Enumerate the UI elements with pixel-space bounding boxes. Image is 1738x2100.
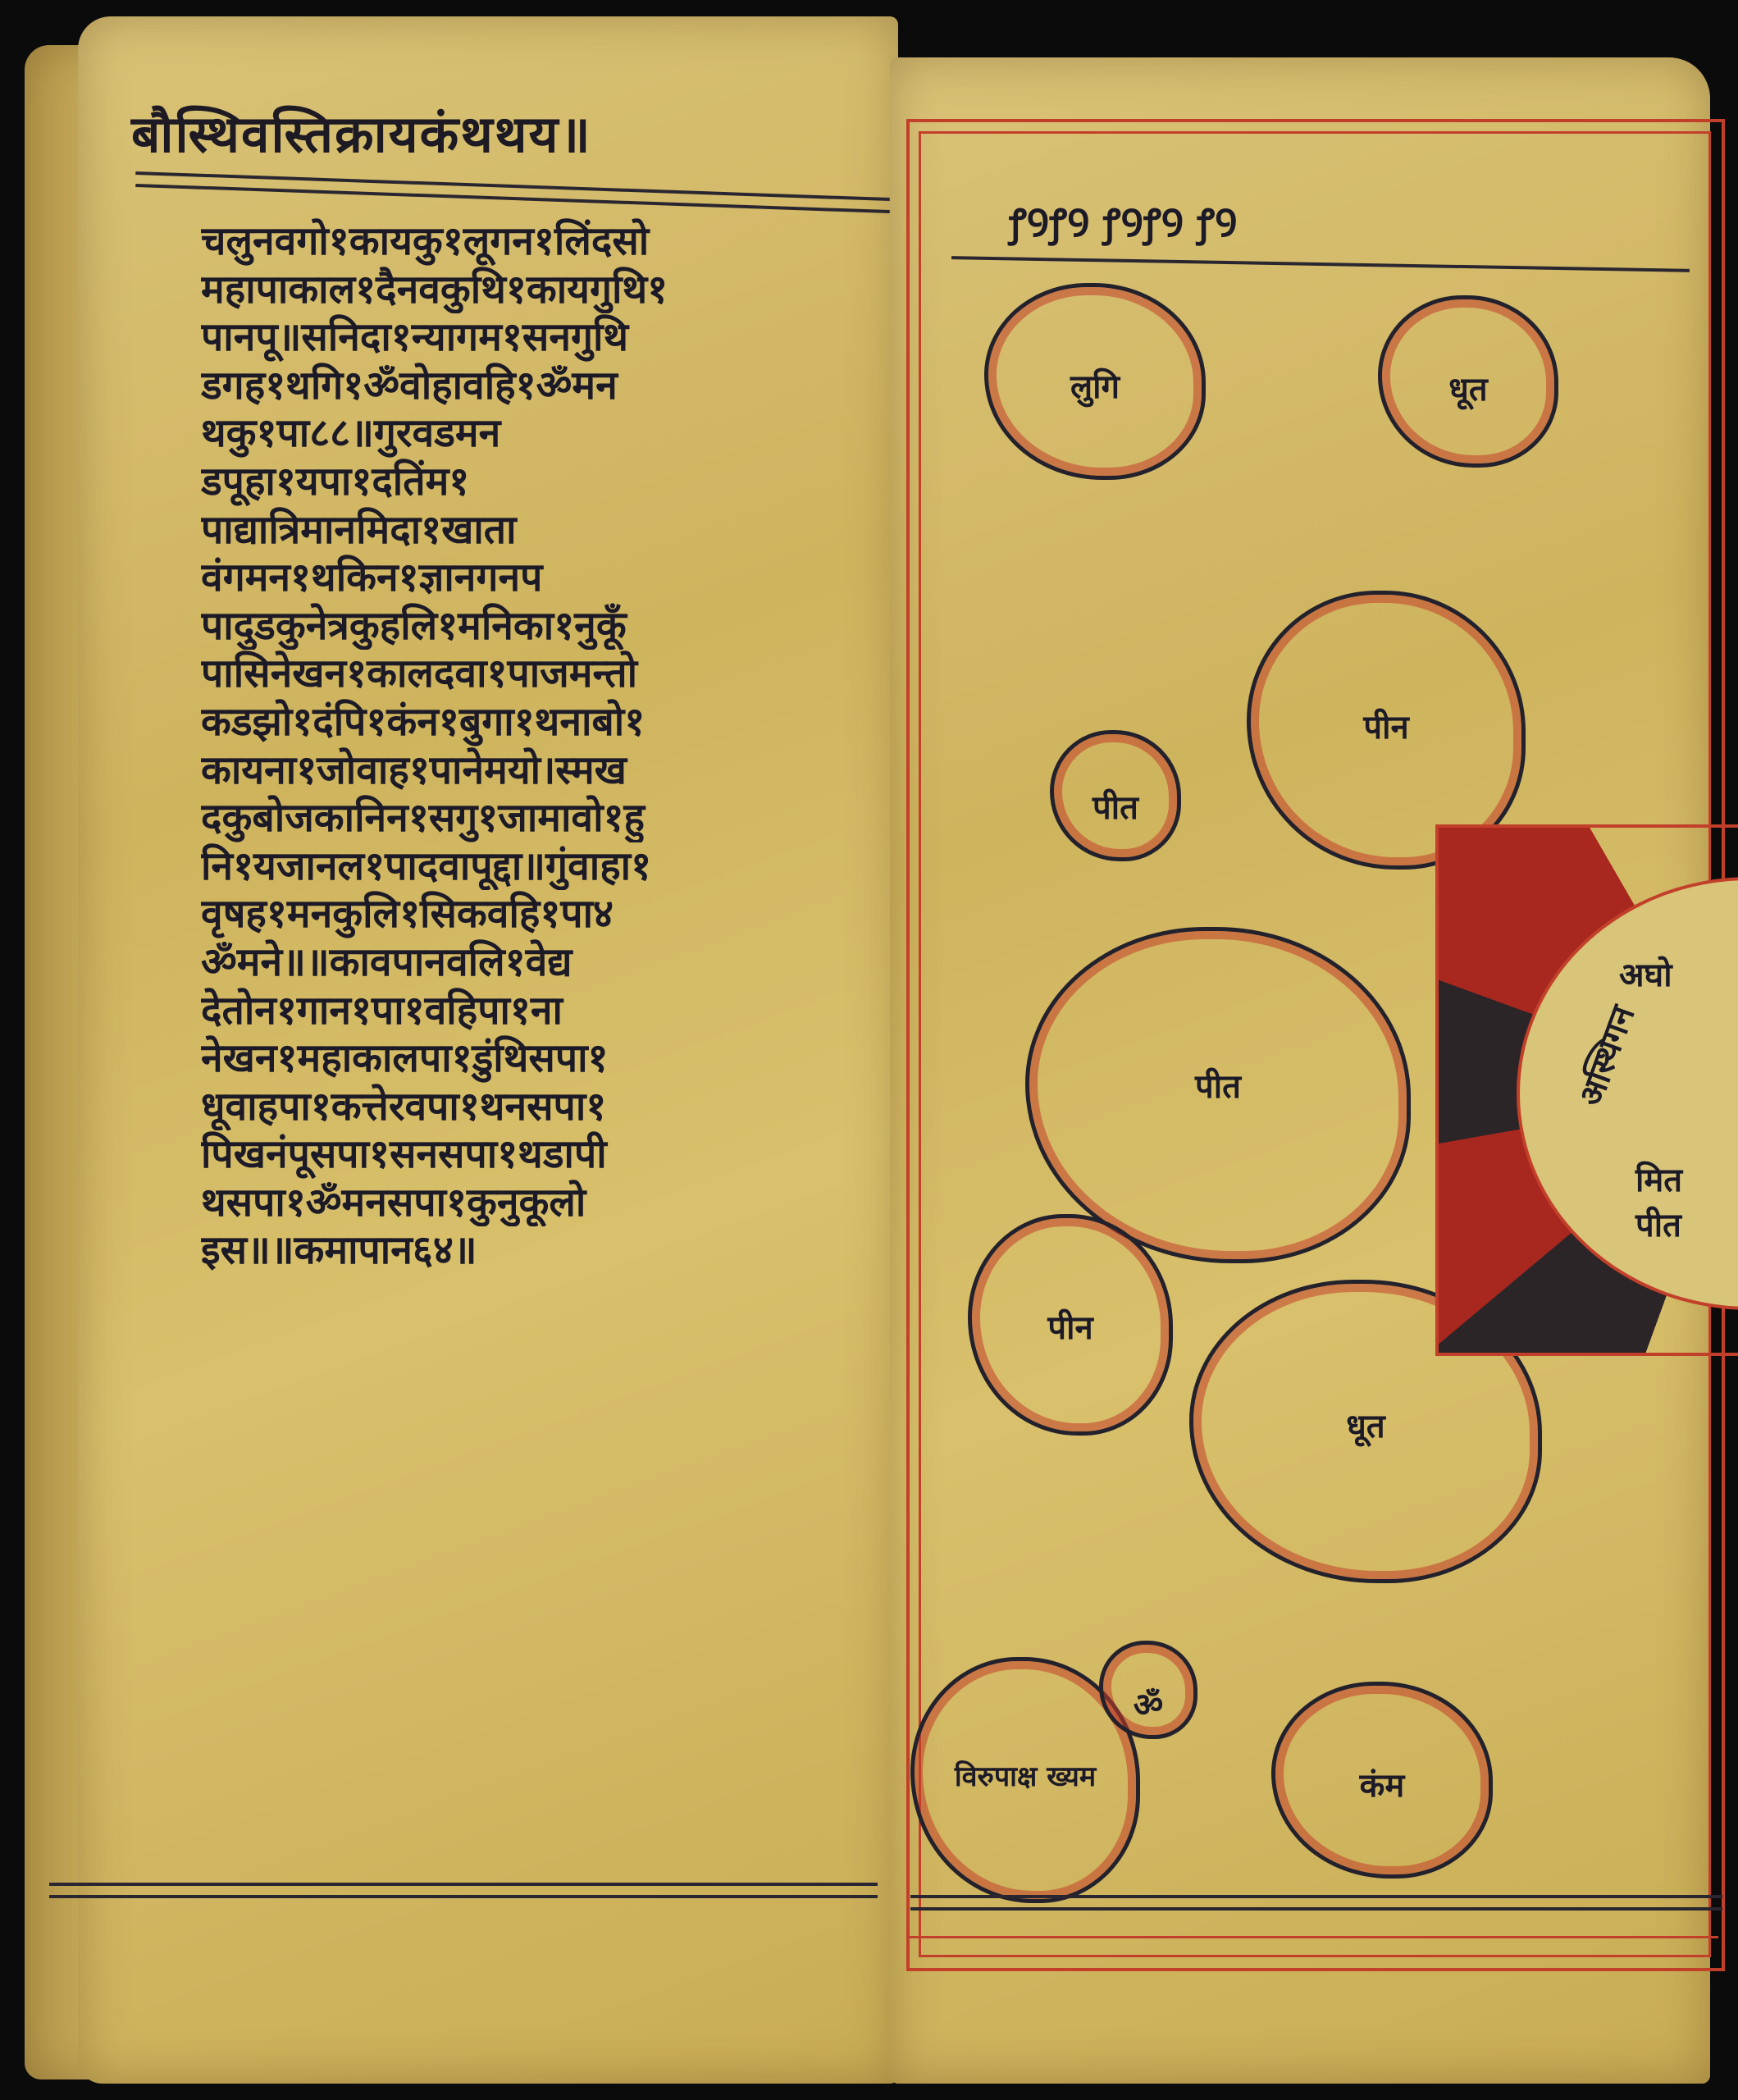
text-line: वृषह१मनकुलि१सिकवहि१पा४ — [201, 890, 882, 938]
text-line: ॐमने॥॥कावपानवलि१वेद्य — [201, 938, 882, 987]
text-line: वंगमन१थकिन१ज्ञानगनप — [201, 554, 882, 602]
text-line: चलुनवगो१कायकु१लूगन१लिंदसो — [201, 217, 882, 266]
text-line: थकु१पा८८॥गुरवडमन — [201, 409, 882, 458]
left-page-text: चलुनवगो१कायकु१लूगन१लिंदसो महापाकाल१दैनवक… — [201, 217, 882, 1275]
text-line: डपूहा१यपा१दतिंम१ — [201, 458, 882, 506]
left-bottom-rule-2 — [49, 1895, 878, 1898]
text-line: कडझो१दंपि१कंन१बुगा१थनाबो१ — [201, 698, 882, 746]
bottom-center-knot: ॐ — [1099, 1641, 1197, 1739]
text-line: कायना१जोवाह१पानेमयो।स्मख — [201, 746, 882, 795]
right-bottom-rule-2 — [910, 1907, 1722, 1911]
red-bottom-line — [906, 1936, 1718, 1938]
text-line: डगह१थगि१ॐवोहावहि१ॐमन — [201, 362, 882, 410]
text-line: थसपा१ॐमनसपा१कुनुकूलो — [201, 1179, 882, 1227]
text-line: महापाकाल१दैनवकुथि१कायगुथि१ — [201, 266, 882, 314]
text-line: पासिनेखन१कालदवा१पाजमन्तो — [201, 650, 882, 698]
mandala-label: मित पीत — [1635, 1156, 1726, 1246]
mandala-diagram: अघो अस्थिगन मित पीत — [1435, 824, 1738, 1356]
text-line: इस॥॥कमापान६४॥ — [201, 1226, 882, 1275]
mandala-label: अघो — [1619, 951, 1672, 996]
text-line: धूवाहपा१कत्तेरवपा१थनसपा१ — [201, 1083, 882, 1131]
left-bottom-rule — [49, 1883, 878, 1886]
text-line: पादुडकुनेत्रकुहलि१मनिका१नुकूँ — [201, 602, 882, 651]
right-page-header: ꝭꝮꝭꝮ ꝭꝮꝭꝮ ꝭꝮ — [1009, 197, 1238, 248]
text-line: देतोन१गान१पा१वहिपा१ना — [201, 987, 882, 1035]
text-line: नि१यजानल१पादवापूद्दा॥गुंवाहा१ — [201, 842, 882, 891]
text-line: दकुबोजकानिन१सगु१जामावो१हु — [201, 794, 882, 842]
text-line: पिखनंपूसपा१सनसपा१थडापी — [201, 1130, 882, 1179]
left-page-title: बौस्थिवस्तिक्रायकंथथय॥ — [131, 98, 592, 167]
right-bottom-rule — [910, 1895, 1722, 1898]
text-line: पाद्यात्रिमानमिदा१खाता — [201, 506, 882, 555]
text-line: नेखन१महाकालपा१डुंथिसपा१ — [201, 1034, 882, 1083]
text-line: पानपू॥सनिदा१न्यागम१सनगुथि — [201, 313, 882, 362]
